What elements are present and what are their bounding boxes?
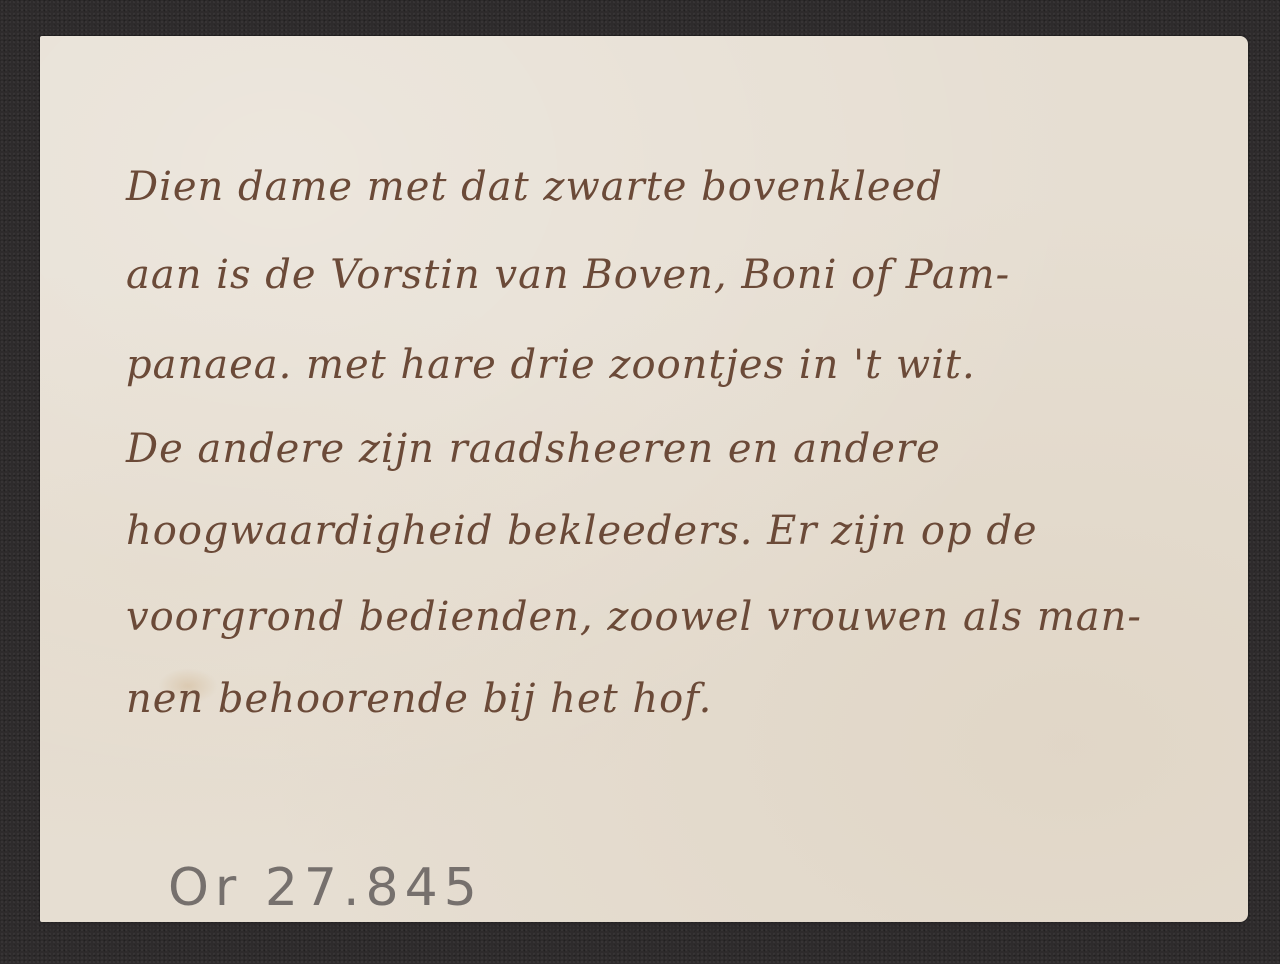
text-line-7: nen behoorende bij het hof. <box>126 676 712 722</box>
text-line-2: aan is de Vorstin van Boven, Boni of Pam… <box>126 252 1010 298</box>
catalog-number: Or 27.845 <box>168 858 483 918</box>
text-line-4: De andere zijn raadsheeren en andere <box>126 426 941 472</box>
text-line-6: voorgrond bedienden, zoowel vrouwen als … <box>126 594 1142 640</box>
text-line-1: Dien dame met dat zwarte bovenkleed <box>126 164 943 210</box>
text-line-3: panaea. met hare drie zoontjes in 't wit… <box>126 342 976 388</box>
text-line-5: hoogwaardigheid bekleeders. Er zijn op d… <box>126 508 1038 554</box>
document-card: Dien dame met dat zwarte bovenkleed aan … <box>40 36 1248 922</box>
